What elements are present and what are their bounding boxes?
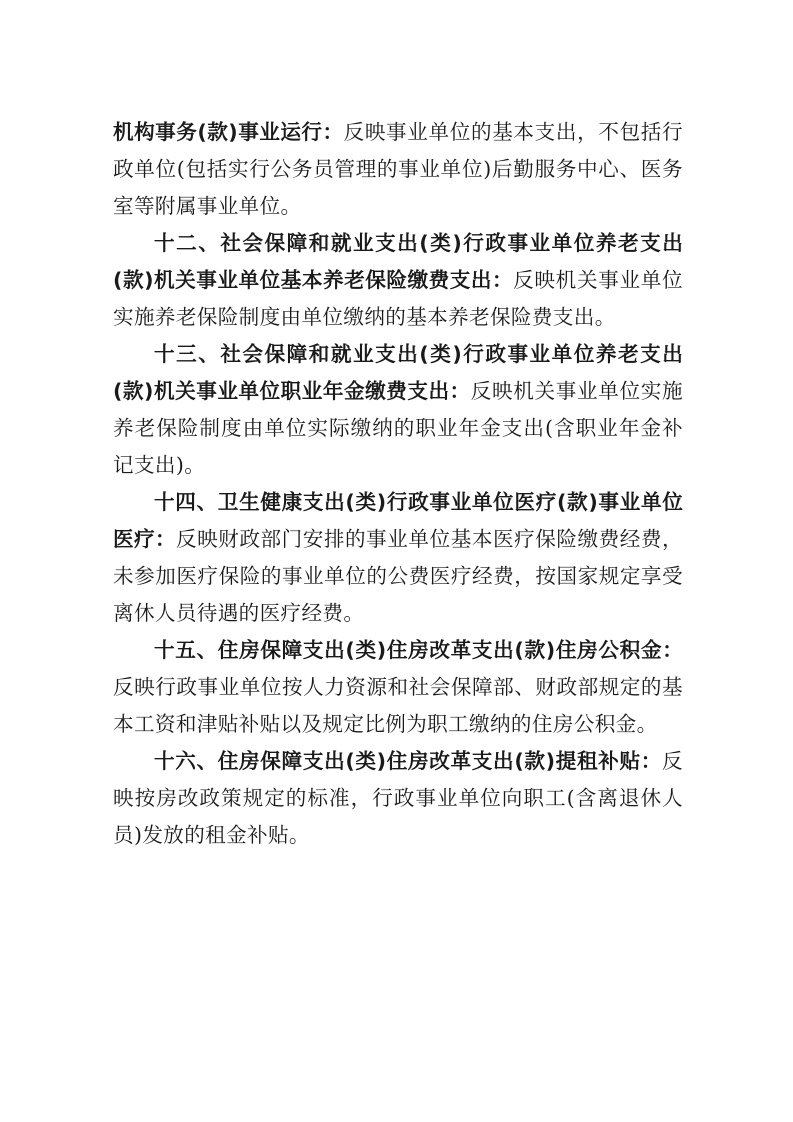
paragraph-body: 反映行政事业单位按人力资源和社会保障部、财政部规定的基本工资和津贴补贴以及规定比…: [113, 675, 683, 736]
paragraph-body: 反映财政部门安排的事业单位基本医疗保险缴费经费，未参加医疗保险的事业单位的公费医…: [113, 527, 683, 625]
paragraph-item-14: 十四、卫生健康支出(类)行政事业单位医疗(款)事业单位医疗：反映财政部门安排的事…: [113, 484, 683, 632]
paragraph-institutional-affairs: 机构事务(款)事业运行：反映事业单位的基本支出，不包括行政单位(包括实行公务员管…: [113, 114, 683, 225]
paragraph-heading: 十六、住房保障支出(类)住房改革支出(款)提租补贴：: [154, 749, 662, 773]
document-page: 机构事务(款)事业运行：反映事业单位的基本支出，不包括行政单位(包括实行公务员管…: [113, 114, 683, 854]
paragraph-item-13: 十三、社会保障和就业支出(类)行政事业单位养老支出(款)机关事业单位职业年金缴费…: [113, 336, 683, 484]
paragraph-item-12: 十二、社会保障和就业支出(类)行政事业单位养老支出(款)机关事业单位基本养老保险…: [113, 225, 683, 336]
paragraph-heading: 十五、住房保障支出(类)住房改革支出(款)住房公积金：: [154, 638, 683, 662]
paragraph-heading: 机构事务(款)事业运行：: [113, 120, 344, 144]
paragraph-item-16: 十六、住房保障支出(类)住房改革支出(款)提租补贴：反映按房改政策规定的标准，行…: [113, 743, 683, 854]
paragraph-item-15: 十五、住房保障支出(类)住房改革支出(款)住房公积金：反映行政事业单位按人力资源…: [113, 632, 683, 743]
